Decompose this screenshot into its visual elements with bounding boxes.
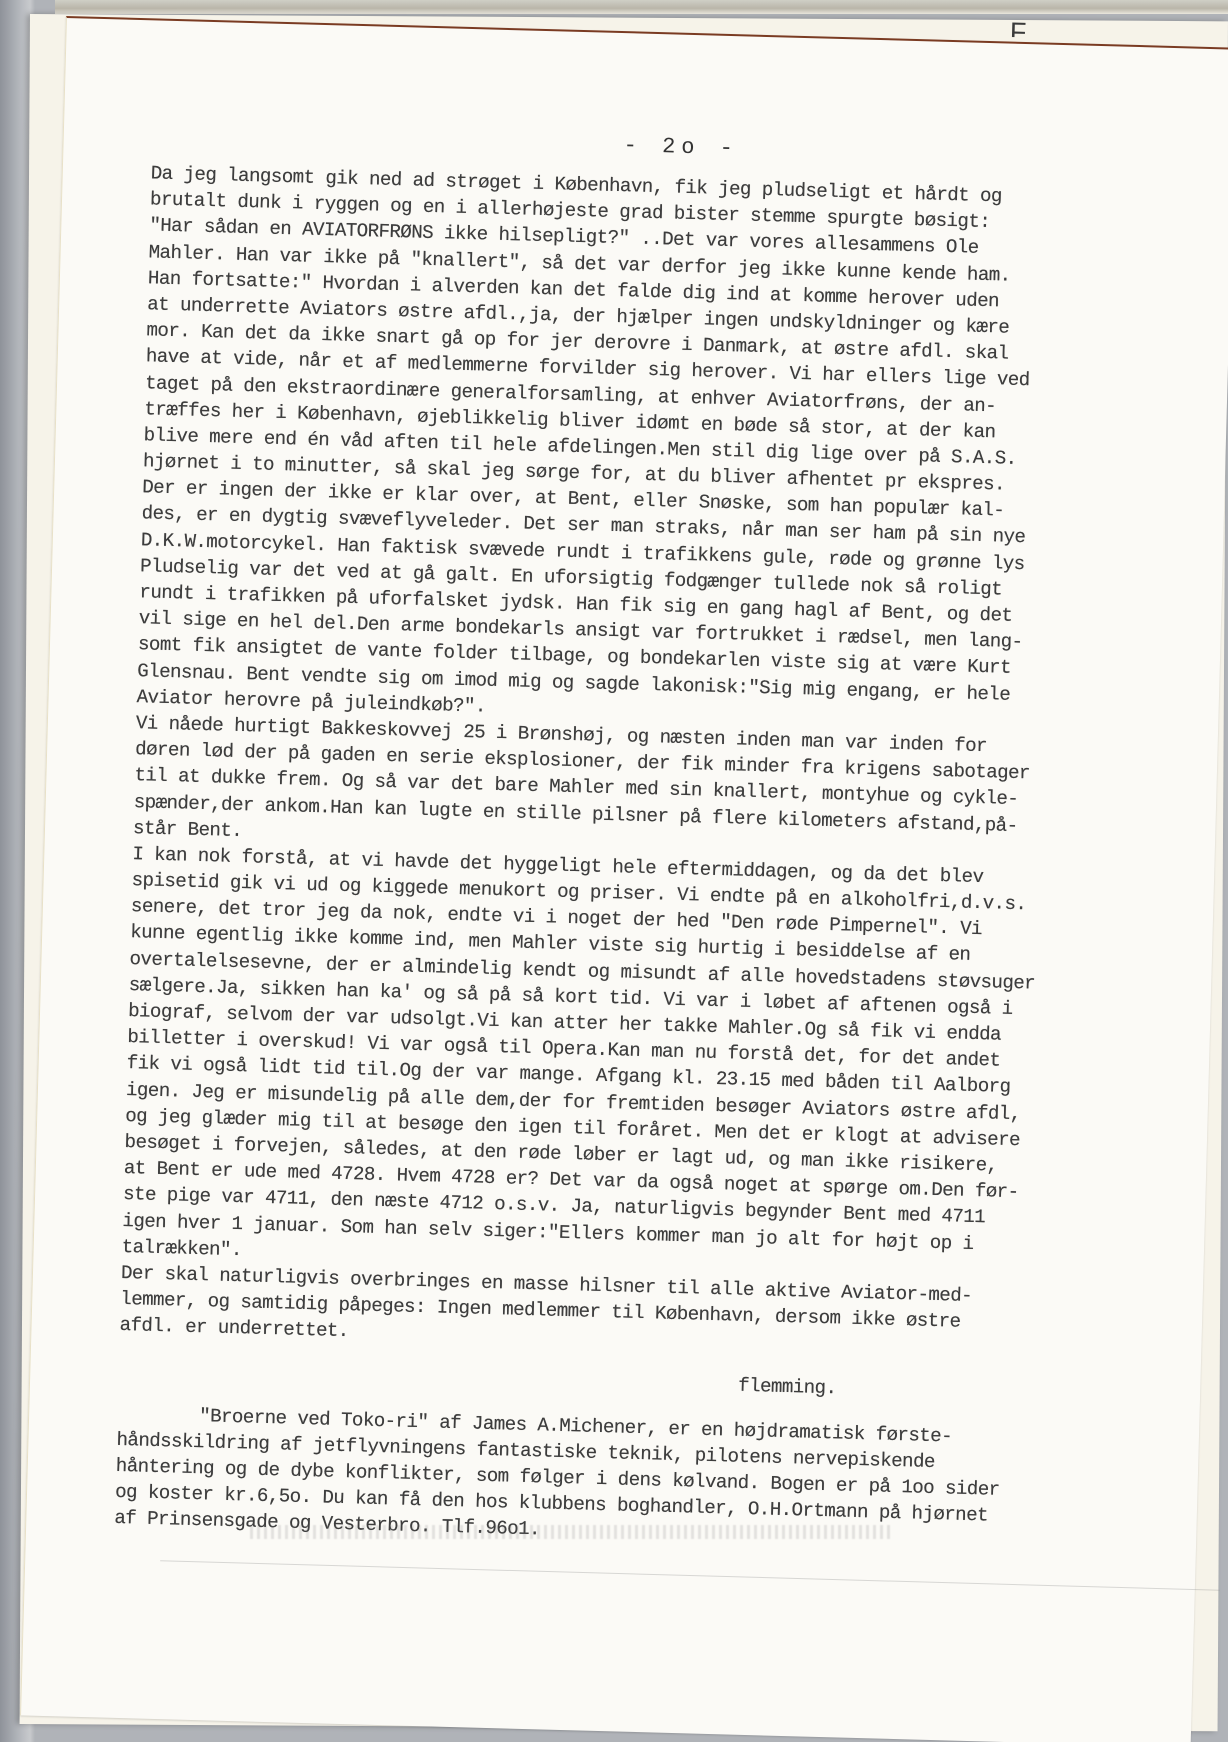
paragraph: I kan nok forstå, at vi havde det hyggel… [121,841,1132,1287]
show-through-text [250,1525,890,1539]
page-top-edge [55,0,1228,14]
signature: flemming. [738,1373,1119,1409]
typewritten-page: - 2o - Da jeg langsomt gik ned ad strøge… [20,16,1228,1742]
article-body: Da jeg langsomt gik ned ad strøget i Køb… [114,160,1151,1558]
article-paragraphs: Da jeg langsomt gik ned ad strøget i Køb… [119,160,1151,1365]
page-number: - 2o - [623,133,739,161]
paragraph: Da jeg langsomt gik ned ad strøget i Køb… [136,160,1151,737]
